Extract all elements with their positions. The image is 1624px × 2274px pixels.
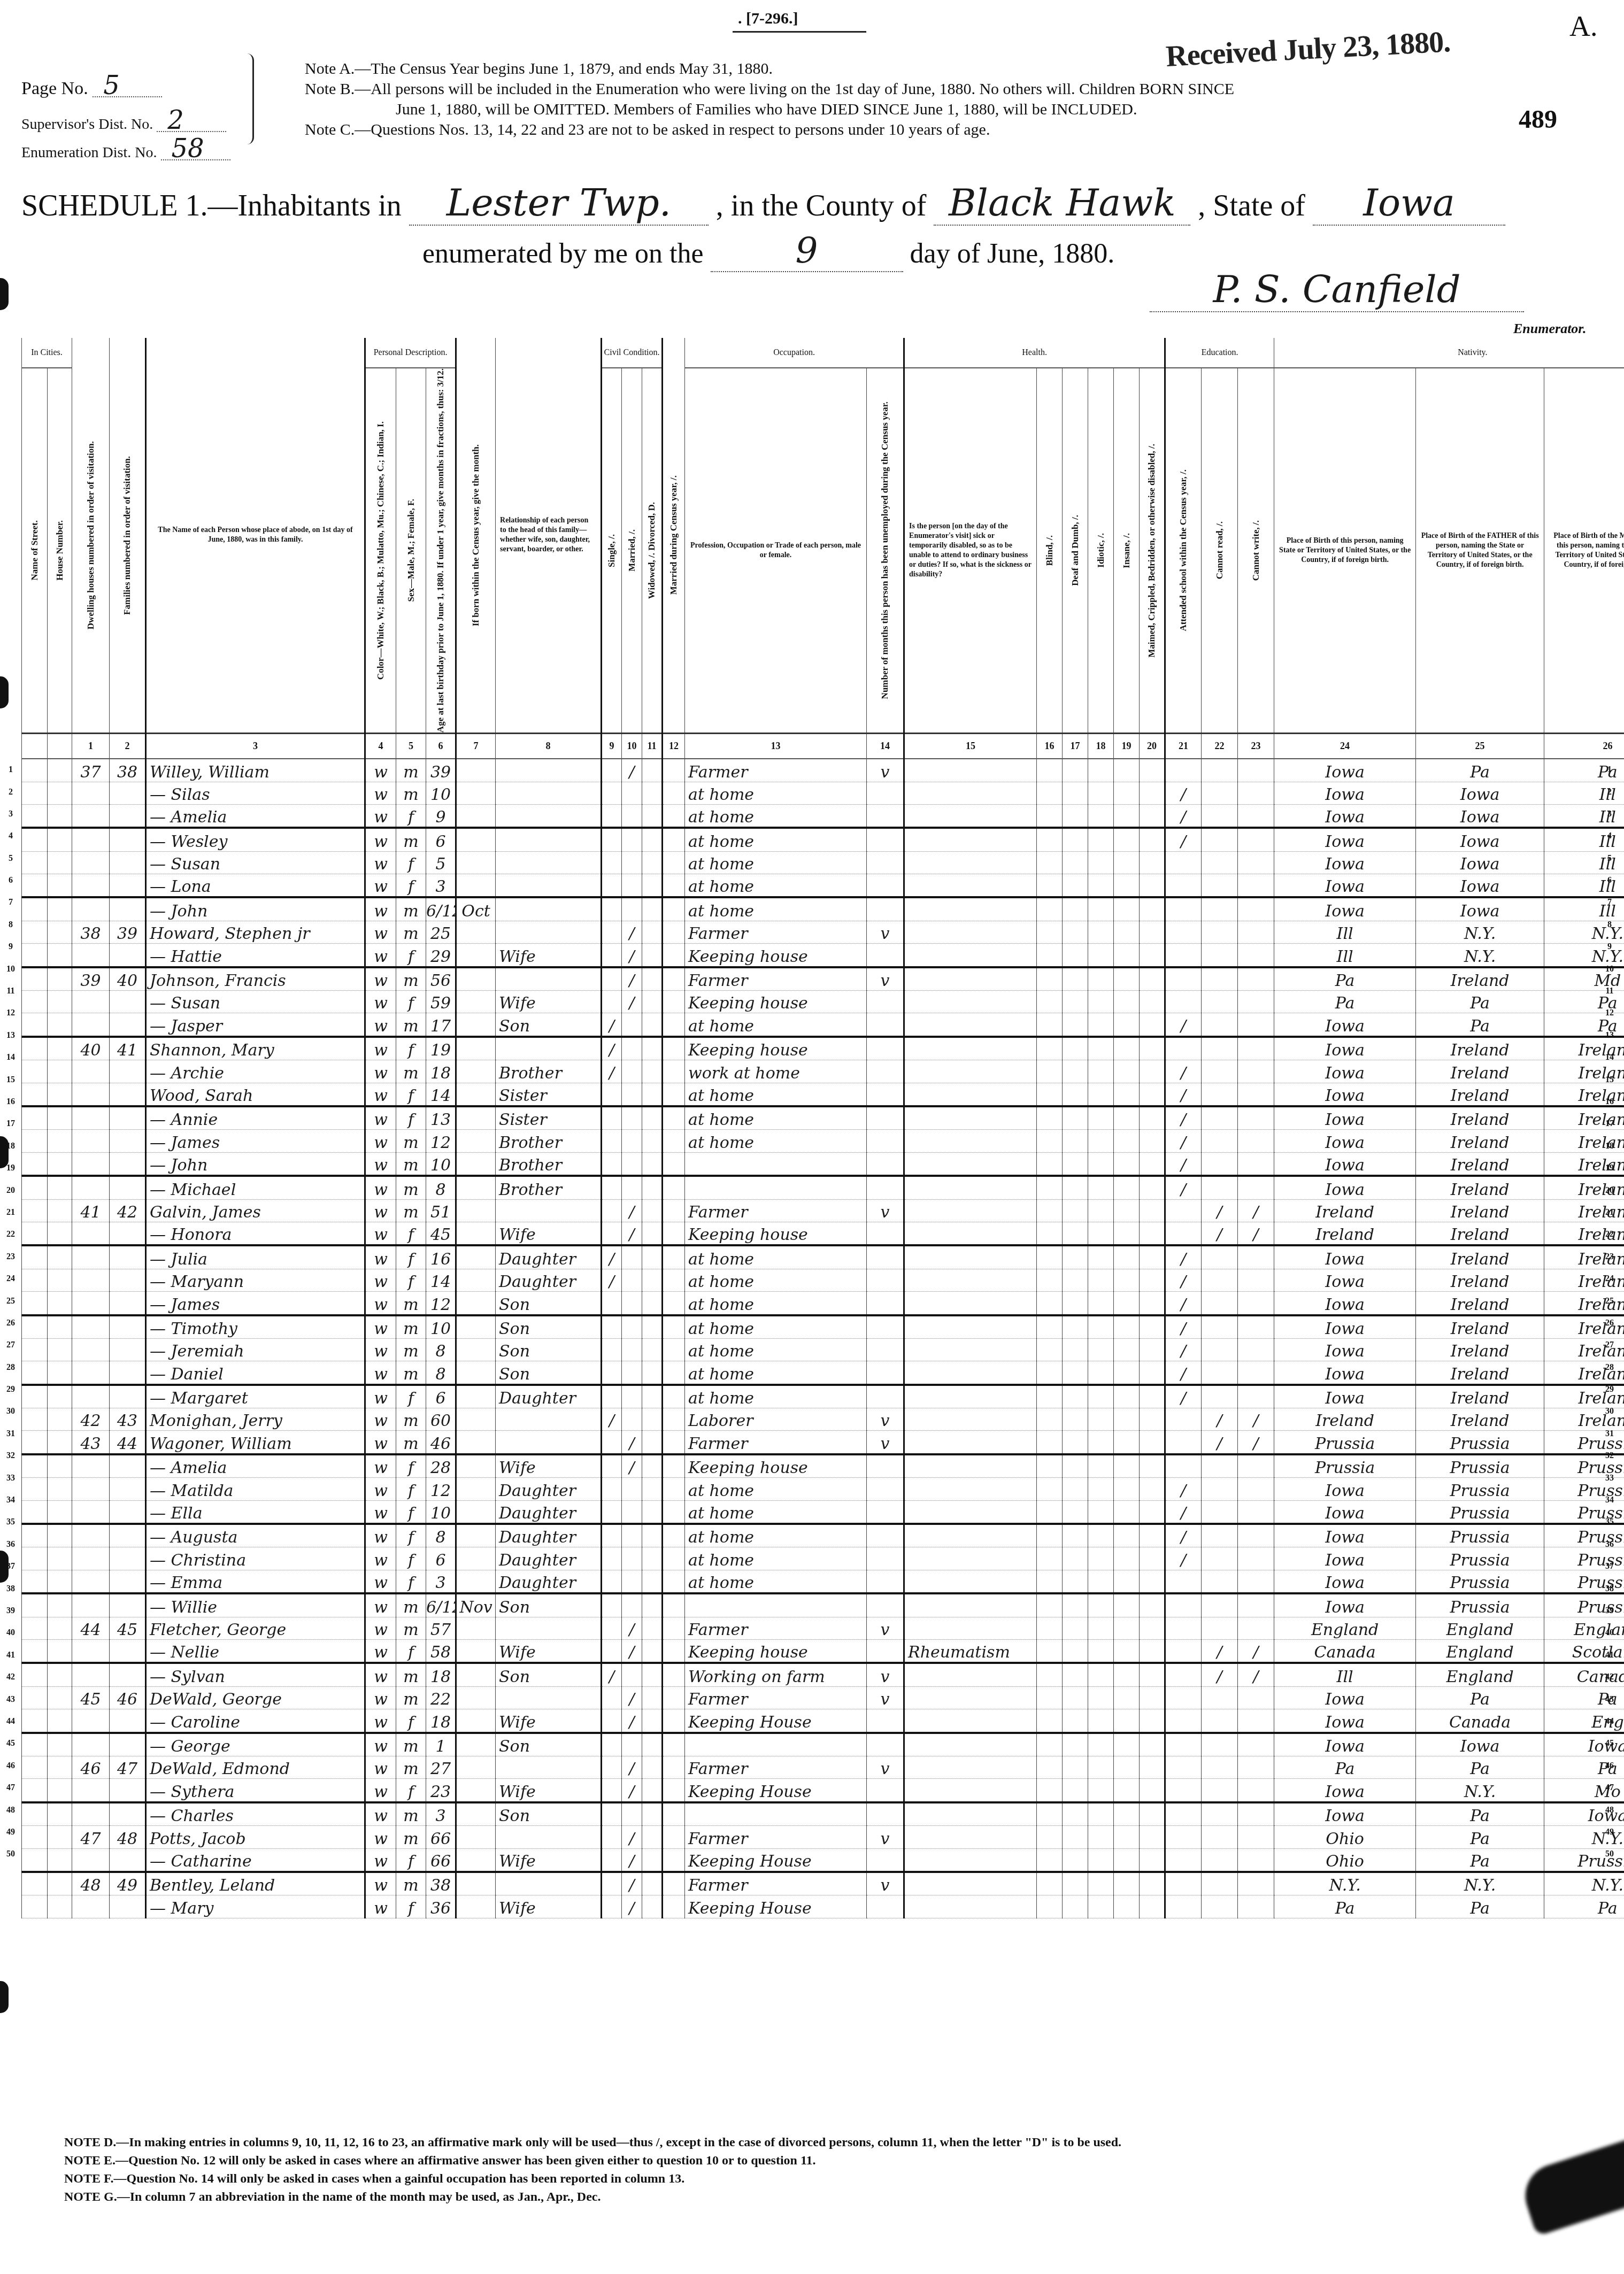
- col-11-header: Widowed, /. Divorced, D.: [646, 502, 657, 599]
- age-cell: 29: [426, 944, 456, 967]
- line-number: 16: [0, 1091, 21, 1113]
- binding-hole: [0, 1551, 9, 1583]
- family-number: [110, 1593, 146, 1617]
- sickness-cell: [904, 1802, 1037, 1826]
- line-number: 7: [0, 891, 21, 913]
- birthplace-cell: Canada: [1274, 1639, 1416, 1663]
- empty-cell: [663, 1292, 685, 1315]
- color-cell: w: [365, 1222, 396, 1245]
- unemployed-cell: [867, 851, 904, 874]
- empty-cell: [1140, 1872, 1165, 1895]
- person-name: — Susan: [146, 991, 365, 1013]
- single-mark: [602, 1199, 622, 1222]
- single-mark: [602, 1895, 622, 1918]
- empty-cell: [1037, 1500, 1063, 1524]
- unemployed-cell: [867, 1245, 904, 1269]
- married-mark: [622, 1245, 642, 1269]
- occupation-cell: Keeping House: [685, 1848, 867, 1872]
- sex-cell: f: [396, 1570, 426, 1593]
- table-row: — Georgewm1SonIowaIowaIowa: [22, 1733, 1624, 1756]
- sex-cell: f: [396, 1500, 426, 1524]
- empty-cell: [1037, 1895, 1063, 1918]
- empty-cell: [642, 1570, 663, 1593]
- empty-cell: [1037, 1872, 1063, 1895]
- father-birthplace-cell: England: [1416, 1617, 1544, 1639]
- father-birthplace-cell: N.Y.: [1416, 921, 1544, 943]
- cannot-write-mark: [1238, 1130, 1274, 1152]
- occupation-cell: Keeping House: [685, 1895, 867, 1918]
- empty-cell: [22, 1663, 48, 1686]
- empty-cell: [1140, 1176, 1165, 1199]
- birthplace-cell: Ohio: [1274, 1848, 1416, 1872]
- age-cell: 66: [426, 1826, 456, 1848]
- birth-month-cell: [456, 1570, 496, 1593]
- empty-cell: [1140, 1895, 1165, 1918]
- empty-cell: [1063, 967, 1088, 991]
- empty-cell: [1088, 897, 1114, 921]
- color-cell: w: [365, 874, 396, 898]
- mother-birthplace-cell: N.Y.: [1544, 1872, 1624, 1895]
- empty-cell: [22, 921, 48, 943]
- father-birthplace-cell: Pa: [1416, 759, 1544, 782]
- empty-cell: [1063, 1106, 1088, 1130]
- empty-cell: [22, 1292, 48, 1315]
- color-cell: w: [365, 1802, 396, 1826]
- empty-cell: [663, 1431, 685, 1454]
- empty-cell: [1088, 1802, 1114, 1826]
- family-number: 38: [110, 759, 146, 782]
- occupation-cell: at home: [685, 1083, 867, 1106]
- sex-cell: m: [396, 1361, 426, 1385]
- single-mark: [602, 1848, 622, 1872]
- bracket-divider: [247, 53, 254, 144]
- relationship-cell: Son: [496, 1361, 602, 1385]
- sex-cell: f: [396, 851, 426, 874]
- empty-cell: [642, 1639, 663, 1663]
- column-number: 2: [110, 734, 146, 759]
- school-mark: [1165, 1848, 1202, 1872]
- empty-cell: [663, 1478, 685, 1500]
- sex-cell: f: [396, 1848, 426, 1872]
- empty-cell: [48, 1478, 72, 1500]
- empty-cell: [1063, 1826, 1088, 1848]
- empty-cell: [642, 991, 663, 1013]
- birthplace-cell: Iowa: [1274, 1106, 1416, 1130]
- occupation-cell: Farmer: [685, 1756, 867, 1778]
- family-number: 40: [110, 967, 146, 991]
- sheet-number: 489: [1519, 105, 1557, 134]
- occupation-cell: at home: [685, 874, 867, 898]
- empty-cell: [1063, 1639, 1088, 1663]
- empty-cell: [1140, 1686, 1165, 1709]
- father-birthplace-cell: Iowa: [1416, 828, 1544, 851]
- empty-cell: [663, 1848, 685, 1872]
- empty-cell: [642, 1013, 663, 1037]
- color-cell: w: [365, 991, 396, 1013]
- sex-cell: f: [396, 991, 426, 1013]
- age-cell: 60: [426, 1408, 456, 1431]
- relationship-cell: Daughter: [496, 1570, 602, 1593]
- dwelling-number: [72, 1013, 110, 1037]
- married-mark: [622, 1802, 642, 1826]
- married-mark: /: [622, 921, 642, 943]
- married-mark: /: [622, 1617, 642, 1639]
- occupation-cell: at home: [685, 897, 867, 921]
- empty-cell: [1063, 1315, 1088, 1339]
- relationship-cell: Wife: [496, 1222, 602, 1245]
- line-number: 23: [1599, 1246, 1620, 1268]
- unemployed-cell: [867, 1315, 904, 1339]
- birthplace-cell: Prussia: [1274, 1454, 1416, 1478]
- cannot-write-mark: [1238, 1802, 1274, 1826]
- family-number: [110, 1269, 146, 1291]
- empty-cell: [22, 1454, 48, 1478]
- line-number: 45: [1599, 1732, 1620, 1754]
- dwelling-number: 37: [72, 759, 110, 782]
- empty-cell: [1063, 1709, 1088, 1733]
- person-name: Howard, Stephen jr: [146, 921, 365, 943]
- color-cell: w: [365, 1037, 396, 1060]
- empty-cell: [48, 1639, 72, 1663]
- empty-cell: [1037, 1779, 1063, 1802]
- empty-cell: [1114, 991, 1140, 1013]
- relationship-cell: Daughter: [496, 1500, 602, 1524]
- relationship-cell: Wife: [496, 1779, 602, 1802]
- school-mark: [1165, 1663, 1202, 1686]
- empty-cell: [22, 1176, 48, 1199]
- divider: [733, 31, 866, 33]
- empty-cell: [1088, 1408, 1114, 1431]
- unemployed-cell: v: [867, 1408, 904, 1431]
- table-row: — Emmawf3Daughterat homeIowaPrussiaPruss…: [22, 1570, 1624, 1593]
- table-row: — Honorawf45Wife/Keeping house//IrelandI…: [22, 1222, 1624, 1245]
- empty-cell: [1088, 1478, 1114, 1500]
- family-number: [110, 1222, 146, 1245]
- father-birthplace-cell: Prussia: [1416, 1524, 1544, 1547]
- school-mark: [1165, 1802, 1202, 1826]
- empty-cell: [663, 1872, 685, 1895]
- sickness-cell: [904, 804, 1037, 828]
- father-birthplace-cell: Ireland: [1416, 1176, 1544, 1199]
- birthplace-cell: Iowa: [1274, 1037, 1416, 1060]
- occupation-cell: Keeping House: [685, 1779, 867, 1802]
- empty-cell: [1140, 1222, 1165, 1245]
- column-number: 11: [642, 734, 663, 759]
- empty-cell: [1088, 1338, 1114, 1361]
- line-number: 7: [1599, 891, 1620, 913]
- empty-cell: [1140, 1408, 1165, 1431]
- family-number: [110, 1848, 146, 1872]
- empty-cell: [48, 1872, 72, 1895]
- unemployed-cell: [867, 1500, 904, 1524]
- cannot-read-mark: /: [1202, 1408, 1238, 1431]
- person-name: — Annie: [146, 1106, 365, 1130]
- dwelling-number: [72, 1663, 110, 1686]
- empty-cell: [1037, 1408, 1063, 1431]
- unemployed-cell: [867, 1130, 904, 1152]
- cannot-write-mark: [1238, 851, 1274, 874]
- birthplace-cell: Iowa: [1274, 1779, 1416, 1802]
- person-name: — Willie: [146, 1593, 365, 1617]
- birthplace-cell: Iowa: [1274, 1524, 1416, 1547]
- unemployed-cell: [867, 1802, 904, 1826]
- empty-cell: [642, 1176, 663, 1199]
- sickness-cell: [904, 851, 1037, 874]
- empty-cell: [1114, 1245, 1140, 1269]
- color-cell: w: [365, 1663, 396, 1686]
- color-cell: w: [365, 1361, 396, 1385]
- single-mark: [602, 1779, 622, 1802]
- line-number: 5: [1599, 847, 1620, 869]
- sex-cell: f: [396, 1037, 426, 1060]
- line-number: 48: [0, 1799, 21, 1821]
- empty-cell: [642, 1269, 663, 1291]
- unemployed-cell: [867, 1895, 904, 1918]
- empty-cell: [22, 1315, 48, 1339]
- line-number: 28: [1599, 1356, 1620, 1378]
- binding-hole: [0, 278, 9, 310]
- cannot-write-mark: [1238, 1500, 1274, 1524]
- dwelling-number: [72, 1130, 110, 1152]
- line-number: 10: [0, 958, 21, 980]
- cannot-write-mark: [1238, 1083, 1274, 1106]
- sickness-cell: [904, 1408, 1037, 1431]
- line-number: 44: [0, 1710, 21, 1732]
- enumerated-suffix: day of June, 1880.: [910, 238, 1115, 269]
- line-number: 6: [1599, 869, 1620, 891]
- age-cell: 56: [426, 967, 456, 991]
- empty-cell: [642, 1083, 663, 1106]
- line-number: 32: [0, 1445, 21, 1467]
- age-cell: 6: [426, 828, 456, 851]
- empty-cell: [1088, 1269, 1114, 1291]
- empty-cell: [663, 1570, 685, 1593]
- empty-cell: [1037, 967, 1063, 991]
- father-birthplace-cell: Prussia: [1416, 1478, 1544, 1500]
- empty-cell: [22, 1709, 48, 1733]
- cannot-read-mark: [1202, 1083, 1238, 1106]
- empty-cell: [1088, 1872, 1114, 1895]
- married-mark: [622, 1083, 642, 1106]
- empty-cell: [663, 1361, 685, 1385]
- married-mark: [622, 1547, 642, 1570]
- col-24-header: Place of Birth of this person, naming St…: [1274, 536, 1415, 565]
- father-birthplace-cell: Prussia: [1416, 1570, 1544, 1593]
- person-name: — Augusta: [146, 1524, 365, 1547]
- single-mark: [602, 1361, 622, 1385]
- empty-cell: [22, 1686, 48, 1709]
- unemployed-cell: [867, 828, 904, 851]
- empty-cell: [1088, 828, 1114, 851]
- empty-cell: [1114, 1385, 1140, 1408]
- empty-cell: [1088, 1292, 1114, 1315]
- col-16-header: Blind, /.: [1044, 535, 1055, 566]
- father-birthplace-cell: Pa: [1416, 1895, 1544, 1918]
- unemployed-cell: [867, 1570, 904, 1593]
- dwelling-number: 39: [72, 967, 110, 991]
- married-mark: /: [622, 991, 642, 1013]
- empty-cell: [1088, 1663, 1114, 1686]
- cannot-read-mark: [1202, 1686, 1238, 1709]
- birthplace-cell: Pa: [1274, 967, 1416, 991]
- empty-cell: [1037, 1245, 1063, 1269]
- birthplace-cell: N.Y.: [1274, 1872, 1416, 1895]
- empty-cell: [663, 1524, 685, 1547]
- empty-cell: [642, 804, 663, 828]
- unemployed-cell: v: [867, 1617, 904, 1639]
- empty-cell: [1037, 1269, 1063, 1291]
- family-number: [110, 1245, 146, 1269]
- sex-cell: f: [396, 1385, 426, 1408]
- person-name: Wood, Sarah: [146, 1083, 365, 1106]
- empty-cell: [1037, 1547, 1063, 1570]
- birth-month-cell: [456, 759, 496, 782]
- birth-month-cell: [456, 1408, 496, 1431]
- empty-cell: [22, 851, 48, 874]
- cannot-write-mark: [1238, 1779, 1274, 1802]
- occupation-cell: Farmer: [685, 921, 867, 943]
- line-number: 14: [1599, 1046, 1620, 1068]
- empty-cell: [1063, 1779, 1088, 1802]
- color-cell: w: [365, 944, 396, 967]
- birthplace-cell: Iowa: [1274, 1593, 1416, 1617]
- empty-cell: [1063, 1245, 1088, 1269]
- empty-cell: [1140, 1130, 1165, 1152]
- empty-cell: [1037, 1454, 1063, 1478]
- father-birthplace-cell: Ireland: [1416, 1037, 1544, 1060]
- family-number: 47: [110, 1756, 146, 1778]
- cannot-read-mark: [1202, 991, 1238, 1013]
- empty-cell: [22, 1639, 48, 1663]
- sickness-cell: [904, 1292, 1037, 1315]
- color-cell: w: [365, 1338, 396, 1361]
- birth-month-cell: [456, 1315, 496, 1339]
- empty-cell: [22, 1338, 48, 1361]
- single-mark: [602, 1733, 622, 1756]
- table-row: — Susanwf59Wife/Keeping housePaPaPa: [22, 991, 1624, 1013]
- cannot-write-mark: /: [1238, 1222, 1274, 1245]
- empty-cell: [642, 1733, 663, 1756]
- birth-month-cell: [456, 991, 496, 1013]
- dwelling-number: [72, 1176, 110, 1199]
- single-mark: [602, 1222, 622, 1245]
- father-birthplace-cell: Ireland: [1416, 1130, 1544, 1152]
- birthplace-cell: Iowa: [1274, 1315, 1416, 1339]
- relationship-cell: Daughter: [496, 1547, 602, 1570]
- line-number: 47: [0, 1777, 21, 1799]
- school-mark: /: [1165, 1315, 1202, 1339]
- empty-cell: [642, 1500, 663, 1524]
- cannot-read-mark: [1202, 1895, 1238, 1918]
- line-number: 45: [0, 1732, 21, 1754]
- school-mark: /: [1165, 1106, 1202, 1130]
- married-mark: /: [622, 759, 642, 782]
- empty-cell: [1088, 1524, 1114, 1547]
- empty-cell: [663, 1013, 685, 1037]
- married-mark: /: [622, 967, 642, 991]
- family-number: [110, 1106, 146, 1130]
- cannot-write-mark: [1238, 1245, 1274, 1269]
- column-number: 18: [1088, 734, 1114, 759]
- column-number: 9: [602, 734, 622, 759]
- empty-cell: [1114, 1292, 1140, 1315]
- empty-cell: [1114, 1617, 1140, 1639]
- empty-cell: [663, 944, 685, 967]
- empty-cell: [1063, 1848, 1088, 1872]
- line-number: 31: [0, 1423, 21, 1445]
- empty-cell: [1140, 1199, 1165, 1222]
- birthplace-cell: Iowa: [1274, 1013, 1416, 1037]
- sickness-cell: [904, 1617, 1037, 1639]
- empty-cell: [663, 1199, 685, 1222]
- empty-cell: [48, 874, 72, 898]
- empty-cell: [642, 1686, 663, 1709]
- father-birthplace-cell: Pa: [1416, 1756, 1544, 1778]
- age-cell: 12: [426, 1130, 456, 1152]
- table-row: — Sytherawf23Wife/Keeping HouseIowaN.Y.M…: [22, 1779, 1624, 1802]
- empty-cell: [663, 1037, 685, 1060]
- family-number: [110, 1570, 146, 1593]
- table-row: — Jeremiahwm8Sonat home/IowaIrelandIrela…: [22, 1338, 1624, 1361]
- occupation-cell: [685, 1176, 867, 1199]
- occupation-cell: Keeping house: [685, 991, 867, 1013]
- school-mark: [1165, 1570, 1202, 1593]
- empty-cell: [48, 1500, 72, 1524]
- empty-cell: [1140, 1663, 1165, 1686]
- empty-cell: [642, 1037, 663, 1060]
- col-21-header: Attended school within the Census year, …: [1178, 469, 1189, 631]
- line-number: 40: [1599, 1622, 1620, 1644]
- table-row: — Michaelwm8Brother/IowaIrelandIreland: [22, 1176, 1624, 1199]
- empty-cell: [48, 1152, 72, 1176]
- enumerator-label: Enumerator.: [1513, 321, 1587, 337]
- line-number: 37: [1599, 1555, 1620, 1577]
- color-cell: w: [365, 1872, 396, 1895]
- color-cell: w: [365, 897, 396, 921]
- married-mark: [622, 1663, 642, 1686]
- empty-cell: [1063, 1130, 1088, 1152]
- empty-cell: [1140, 1060, 1165, 1083]
- empty-cell: [1088, 1013, 1114, 1037]
- empty-cell: [1037, 1848, 1063, 1872]
- empty-cell: [1114, 1802, 1140, 1826]
- color-cell: w: [365, 1733, 396, 1756]
- married-mark: [622, 1292, 642, 1315]
- relationship-cell: [496, 851, 602, 874]
- occupation-cell: at home: [685, 1106, 867, 1130]
- dwelling-number: [72, 1895, 110, 1918]
- unemployed-cell: [867, 1361, 904, 1385]
- table-row: 4849Bentley, Lelandwm38/FarmervN.Y.N.Y.N…: [22, 1872, 1624, 1895]
- sex-cell: m: [396, 1060, 426, 1083]
- empty-cell: [1140, 782, 1165, 804]
- empty-cell: [1063, 1199, 1088, 1222]
- empty-cell: [48, 1130, 72, 1152]
- color-cell: w: [365, 1709, 396, 1733]
- sickness-cell: [904, 1478, 1037, 1500]
- unemployed-cell: [867, 1524, 904, 1547]
- empty-cell: [1114, 944, 1140, 967]
- empty-cell: [663, 1152, 685, 1176]
- empty-cell: [1037, 1709, 1063, 1733]
- col-18-header: Idiotic, /.: [1096, 533, 1106, 568]
- column-number: 12: [663, 734, 685, 759]
- table-row: — Jasperwm17Son/at home/IowaPaPa: [22, 1013, 1624, 1037]
- empty-cell: [1037, 1639, 1063, 1663]
- empty-cell: [1088, 1756, 1114, 1778]
- married-mark: [622, 828, 642, 851]
- group-personal-description: Personal Description.: [365, 338, 456, 368]
